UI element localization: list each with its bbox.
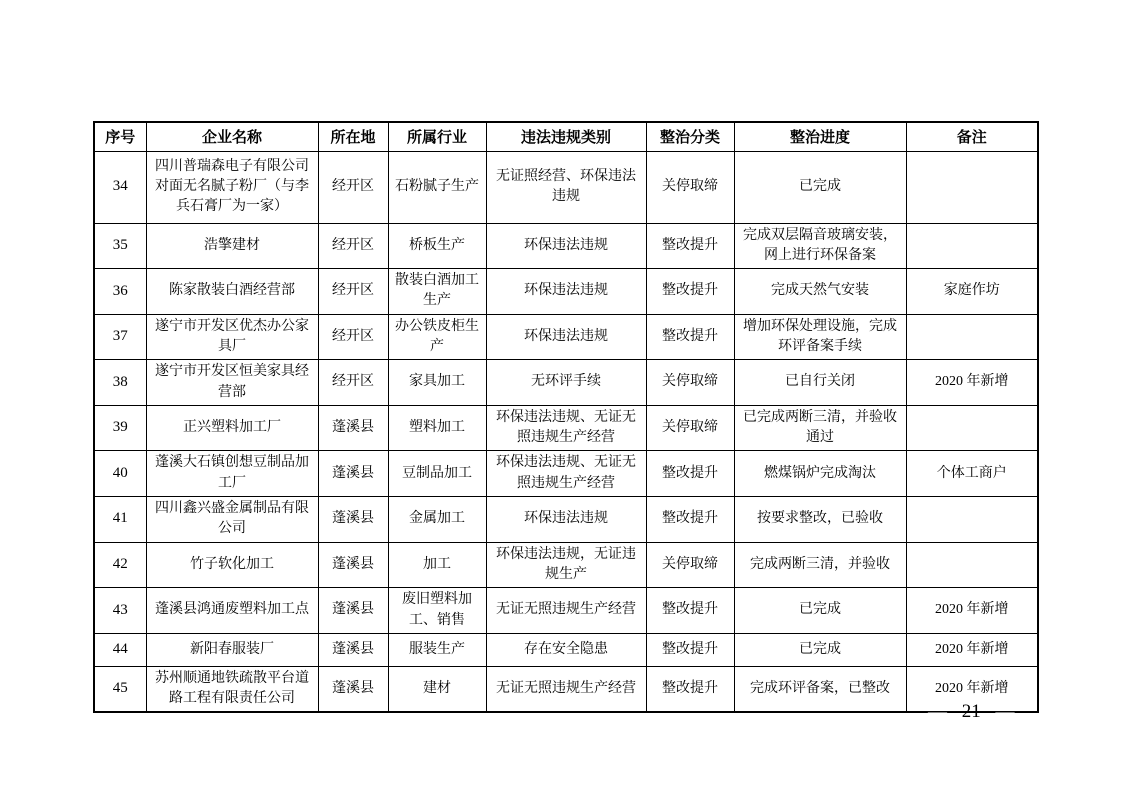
table-cell: 四川普瑞森电子有限公司对面无名腻子粉厂（与李兵石膏厂为一家） [146,151,318,223]
table-cell: 37 [94,314,146,360]
table-cell [906,405,1038,451]
column-header: 备注 [906,122,1038,151]
table-cell: 蓬溪县鸿通废塑料加工点 [146,588,318,634]
table-cell: 整改提升 [646,633,734,666]
table-cell: 经开区 [318,223,388,269]
table-cell: 整改提升 [646,223,734,269]
table-cell: 四川鑫兴盛金属制品有限公司 [146,497,318,543]
table-row: 38遂宁市开发区恒美家具经营部经开区家具加工无环评手续关停取缔已自行关闭2020… [94,360,1038,406]
column-header: 违法违规类别 [486,122,646,151]
table-head: 序号企业名称所在地所属行业违法违规类别整治分类整治进度备注 [94,122,1038,151]
table-cell: 蓬溪县 [318,588,388,634]
table-row: 42竹子软化加工蓬溪县加工环保违法违规，无证违规生产关停取缔完成两断三清，并验收 [94,542,1038,588]
table-cell: 无环评手续 [486,360,646,406]
table-cell: 燃煤锅炉完成淘汰 [734,451,906,497]
table-cell: 环保违法违规、无证无照违规生产经营 [486,405,646,451]
table-cell: 整改提升 [646,497,734,543]
column-header: 企业名称 [146,122,318,151]
table-row: 40蓬溪大石镇创想豆制品加工厂蓬溪县豆制品加工环保违法违规、无证无照违规生产经营… [94,451,1038,497]
table-cell: 家具加工 [388,360,486,406]
rectification-table: 序号企业名称所在地所属行业违法违规类别整治分类整治进度备注 34四川普瑞森电子有… [93,121,1039,713]
table-cell: 散装白酒加工生产 [388,269,486,315]
table-cell: 遂宁市开发区恒美家具经营部 [146,360,318,406]
table-cell: 蓬溪大石镇创想豆制品加工厂 [146,451,318,497]
table-cell: 蓬溪县 [318,497,388,543]
table-cell: 蓬溪县 [318,666,388,712]
table-cell: 按要求整改，已验收 [734,497,906,543]
table-cell [906,314,1038,360]
table-cell: 无证无照违规生产经营 [486,588,646,634]
table-cell: 加工 [388,542,486,588]
table-cell: 存在安全隐患 [486,633,646,666]
table-cell: 竹子软化加工 [146,542,318,588]
table-cell: 服装生产 [388,633,486,666]
table-cell: 35 [94,223,146,269]
table-cell: 环保违法违规 [486,269,646,315]
table-cell: 整改提升 [646,588,734,634]
table-cell: 经开区 [318,269,388,315]
table-cell: 个体工商户 [906,451,1038,497]
table-row: 34四川普瑞森电子有限公司对面无名腻子粉厂（与李兵石膏厂为一家）经开区石粉腻子生… [94,151,1038,223]
table-cell: 蓬溪县 [318,542,388,588]
table-cell: 经开区 [318,360,388,406]
table-cell: 浩擎建材 [146,223,318,269]
table-cell: 关停取缔 [646,542,734,588]
table-cell: 无证照经营、环保违法违规 [486,151,646,223]
table-cell: 关停取缔 [646,360,734,406]
table-cell: 石粉腻子生产 [388,151,486,223]
column-header: 所属行业 [388,122,486,151]
table-cell: 蓬溪县 [318,633,388,666]
table-row: 43蓬溪县鸿通废塑料加工点蓬溪县废旧塑料加工、销售无证无照违规生产经营整改提升已… [94,588,1038,634]
table-cell: 办公铁皮柜生产 [388,314,486,360]
table-cell: 44 [94,633,146,666]
table-cell: 完成环评备案，已整改 [734,666,906,712]
table-body: 34四川普瑞森电子有限公司对面无名腻子粉厂（与李兵石膏厂为一家）经开区石粉腻子生… [94,151,1038,712]
table-cell: 废旧塑料加工、销售 [388,588,486,634]
table-cell: 正兴塑料加工厂 [146,405,318,451]
column-header: 所在地 [318,122,388,151]
table-cell [906,497,1038,543]
page-number-dash-right: — [996,701,1015,722]
table-row: 36陈家散装白酒经营部经开区散装白酒加工生产环保违法违规整改提升完成天然气安装家… [94,269,1038,315]
column-header: 序号 [94,122,146,151]
table-cell: 已完成 [734,633,906,666]
table-cell: 新阳春服装厂 [146,633,318,666]
table-cell: 2020 年新增 [906,633,1038,666]
table-cell: 关停取缔 [646,405,734,451]
table-cell: 2020 年新增 [906,360,1038,406]
column-header: 整治分类 [646,122,734,151]
table-cell: 整改提升 [646,666,734,712]
table-cell: 家庭作坊 [906,269,1038,315]
table-cell: 经开区 [318,314,388,360]
table-cell: 34 [94,151,146,223]
table-cell: 经开区 [318,151,388,223]
table-cell: 环保违法违规 [486,223,646,269]
table-cell: 苏州顺通地铁疏散平台道路工程有限责任公司 [146,666,318,712]
table-cell: 已完成 [734,588,906,634]
table-cell: 蓬溪县 [318,405,388,451]
header-row: 序号企业名称所在地所属行业违法违规类别整治分类整治进度备注 [94,122,1038,151]
table-cell: 建材 [388,666,486,712]
table-cell: 整改提升 [646,269,734,315]
table-row: 37遂宁市开发区优杰办公家具厂经开区办公铁皮柜生产环保违法违规整改提升增加环保处… [94,314,1038,360]
table-cell: 金属加工 [388,497,486,543]
table-cell: 2020 年新增 [906,588,1038,634]
table-cell: 45 [94,666,146,712]
table-cell: 整改提升 [646,314,734,360]
table-cell: 陈家散装白酒经营部 [146,269,318,315]
table-cell: 39 [94,405,146,451]
table-cell: 蓬溪县 [318,451,388,497]
table-cell [906,542,1038,588]
table-cell [906,223,1038,269]
table-cell: 40 [94,451,146,497]
table-cell: 43 [94,588,146,634]
table-cell: 增加环保处理设施，完成环评备案手续 [734,314,906,360]
table-cell: 环保违法违规、无证无照违规生产经营 [486,451,646,497]
page-number-dash-left: — [928,701,947,722]
table-cell: 41 [94,497,146,543]
table-cell: 已完成 [734,151,906,223]
table-cell: 完成双层隔音玻璃安装，网上进行环保备案 [734,223,906,269]
table-cell: 关停取缔 [646,151,734,223]
table-cell: 豆制品加工 [388,451,486,497]
document-page: 序号企业名称所在地所属行业违法违规类别整治分类整治进度备注 34四川普瑞森电子有… [0,0,1122,793]
table-cell: 桥板生产 [388,223,486,269]
table-cell: 遂宁市开发区优杰办公家具厂 [146,314,318,360]
table-cell: 塑料加工 [388,405,486,451]
table-cell: 38 [94,360,146,406]
table-cell: 已完成两断三清，并验收通过 [734,405,906,451]
table-row: 35浩擎建材经开区桥板生产环保违法违规整改提升完成双层隔音玻璃安装，网上进行环保… [94,223,1038,269]
table-cell: 36 [94,269,146,315]
column-header: 整治进度 [734,122,906,151]
table-cell: 完成两断三清，并验收 [734,542,906,588]
table-cell [906,151,1038,223]
table-cell: 已自行关闭 [734,360,906,406]
table-row: 44新阳春服装厂蓬溪县服装生产存在安全隐患整改提升已完成2020 年新增 [94,633,1038,666]
table-cell: 环保违法违规 [486,314,646,360]
table-row: 45苏州顺通地铁疏散平台道路工程有限责任公司蓬溪县建材无证无照违规生产经营整改提… [94,666,1038,712]
table-row: 41四川鑫兴盛金属制品有限公司蓬溪县金属加工环保违法违规整改提升按要求整改，已验… [94,497,1038,543]
page-number: — 21 — [928,701,1012,723]
table-row: 39正兴塑料加工厂蓬溪县塑料加工环保违法违规、无证无照违规生产经营关停取缔已完成… [94,405,1038,451]
table-cell: 42 [94,542,146,588]
table-cell: 环保违法违规，无证违规生产 [486,542,646,588]
page-number-value: 21 [962,701,981,722]
table-cell: 完成天然气安装 [734,269,906,315]
table-cell: 整改提升 [646,451,734,497]
table-cell: 环保违法违规 [486,497,646,543]
table-cell: 无证无照违规生产经营 [486,666,646,712]
